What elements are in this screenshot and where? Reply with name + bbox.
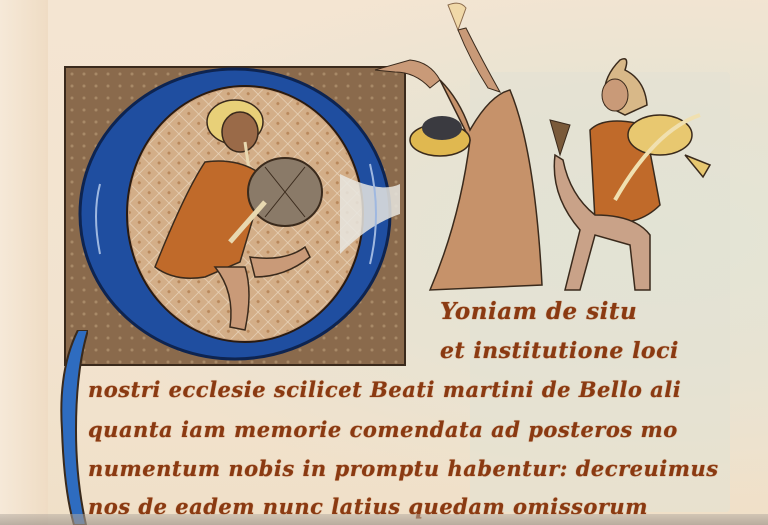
text-line-1: Yoniam de situ xyxy=(440,298,637,325)
manuscript-page: Yoniam de situ et institutione loci nost… xyxy=(0,0,768,525)
left-margin xyxy=(0,0,48,525)
text-line-5: numentum nobis in promptu habentur: decr… xyxy=(88,456,719,481)
bottom-shadow-bar xyxy=(0,514,768,525)
acrobat-figure-icon xyxy=(370,0,550,292)
initial-q-tail-icon xyxy=(48,330,88,525)
piper-figure-icon xyxy=(145,92,335,342)
text-line-3: nostri ecclesie scilicet Beati martini d… xyxy=(88,377,681,402)
text-line-4: quanta iam memorie comendata ad posteros… xyxy=(88,417,678,442)
fiddler-figure-icon xyxy=(535,55,725,295)
text-line-2: et institutione loci xyxy=(440,338,679,364)
